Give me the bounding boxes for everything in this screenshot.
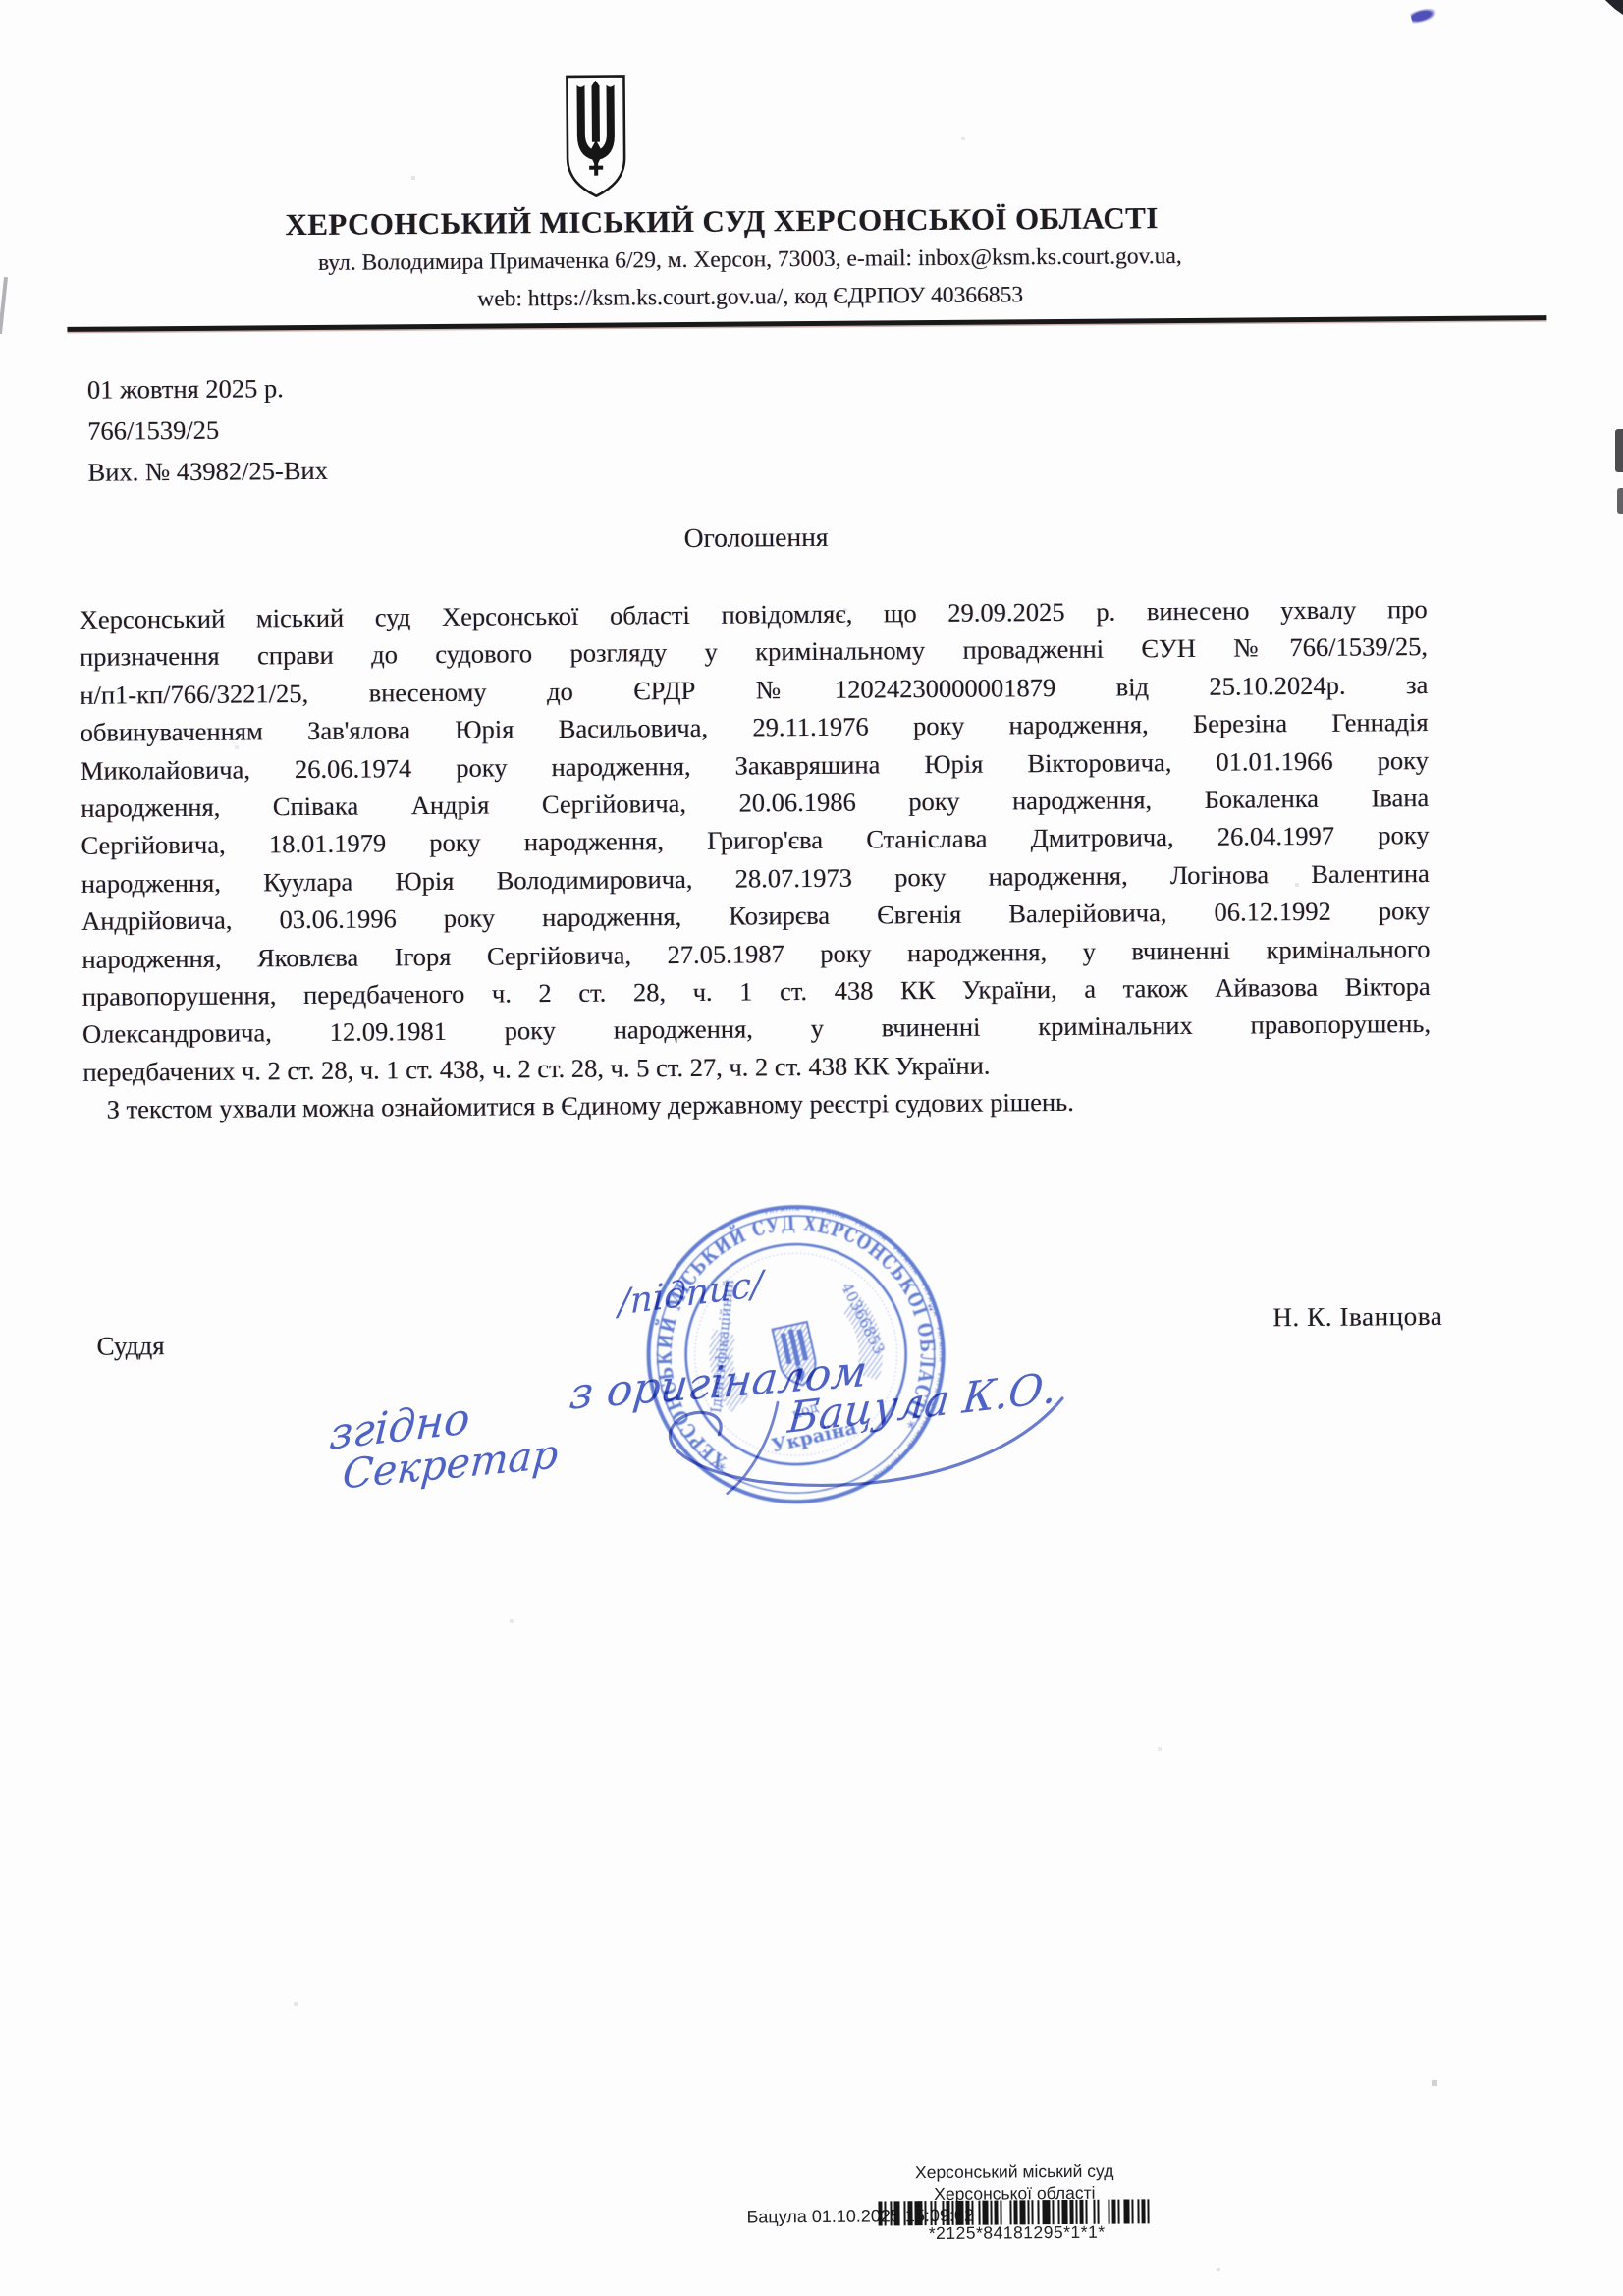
header-divider-rule — [67, 315, 1546, 331]
judge-name: Н. К. Іванцова — [1272, 1301, 1442, 1333]
scanned-court-document: { "doc": { "header": { "emblem": "ukrain… — [0, 0, 1623, 2296]
barcode-value: *2125*84181295*1*1* — [879, 2221, 1156, 2244]
paper-speckles — [0, 0, 2, 2]
court-name-heading: ХЕРСОНСЬКИЙ МІСЬКИЙ СУД ХЕРСОНСЬКОЇ ОБЛА… — [76, 199, 1367, 245]
judge-role-label: Суддя — [96, 1331, 164, 1362]
court-address-line: вул. Володимира Примаченка 6/29, м. Херс… — [77, 242, 1424, 279]
case-number: 766/1539/25 — [87, 409, 328, 452]
scan-edge-artifact — [1615, 429, 1623, 472]
document-date: 01 жовтня 2025 р. — [87, 367, 328, 410]
pen-signature-flourish — [601, 1381, 1112, 1512]
document-title: Оголошення — [79, 517, 1434, 559]
outgoing-number: Вих. № 43982/25-Вих — [87, 450, 328, 493]
trident-icon — [564, 73, 627, 198]
announcement-body: Херсонський міський суд Херсонської обла… — [80, 590, 1432, 1128]
court-web-line: web: https://ksm.ks.court.gov.ua/, код Є… — [77, 279, 1424, 316]
scan-edge-artifact — [1617, 488, 1623, 514]
footer-court-line1: Херсонський міський суд — [852, 2160, 1176, 2184]
reference-block: 01 жовтня 2025 р. 766/1539/25 Вих. № 439… — [87, 367, 328, 493]
scanned-page: ХЕРСОНСЬКИЙ МІСЬКИЙ СУД ХЕРСОНСЬКОЇ ОБЛА… — [0, 0, 1623, 2296]
coat-of-arms-emblem — [564, 73, 627, 198]
